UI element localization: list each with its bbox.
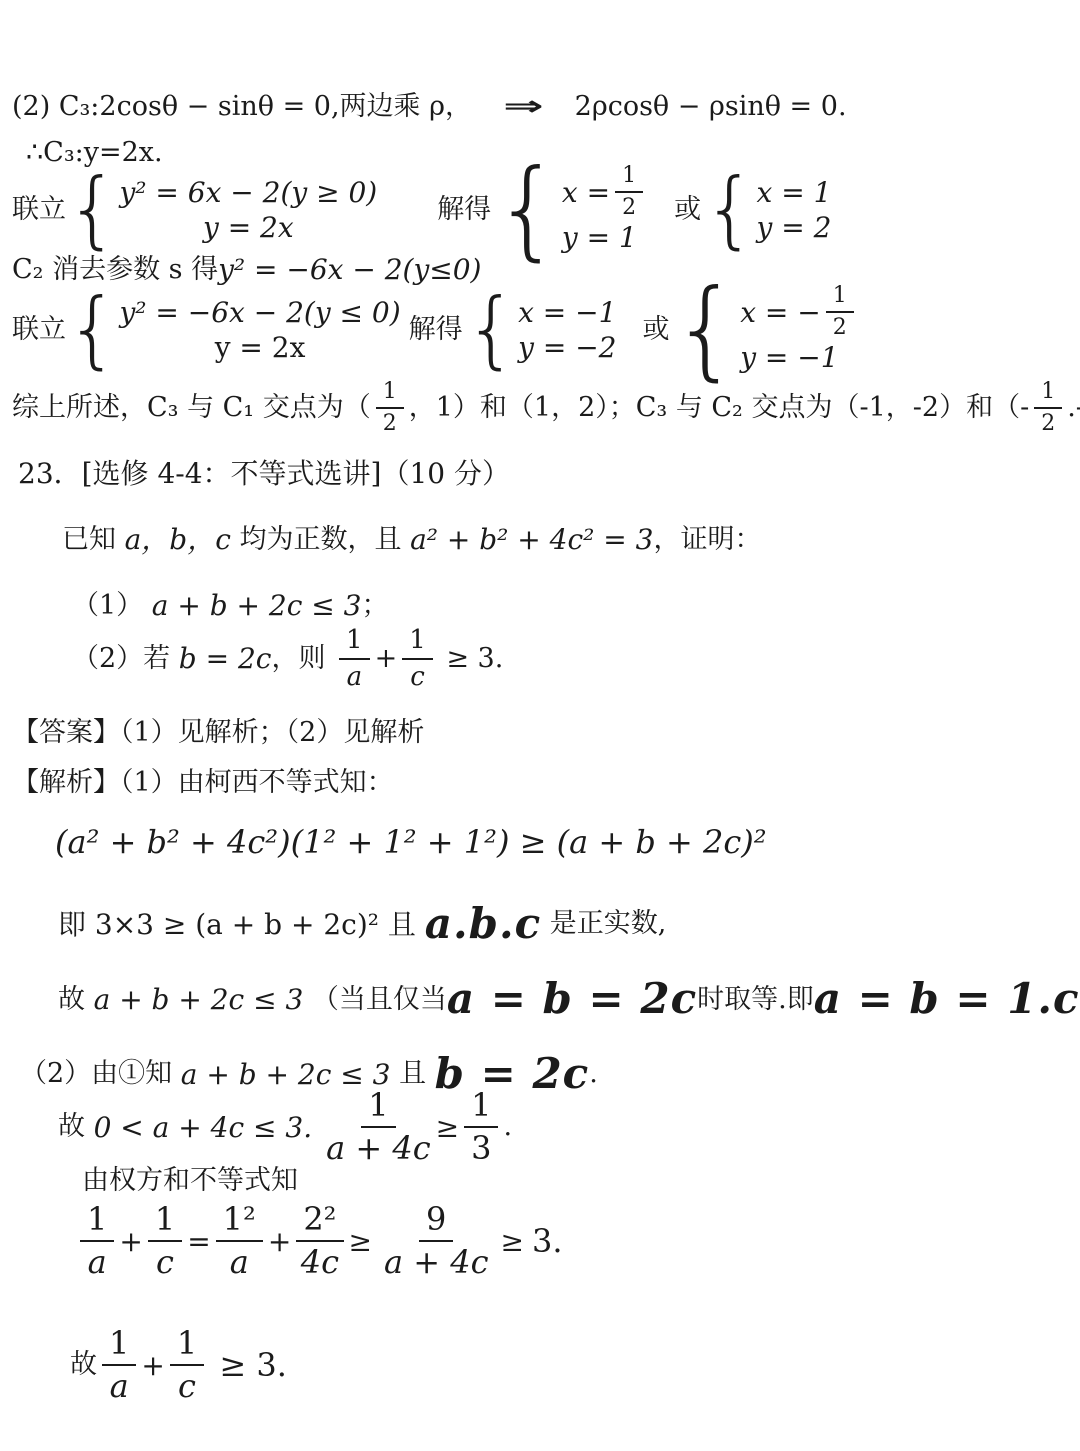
- item2-condition: b = 2c: [179, 641, 272, 676]
- item1-inequality: a + b + 2c ≤ 3: [152, 588, 362, 623]
- pm-fraction-1: 1 a: [80, 1202, 114, 1280]
- solution4-x: x = −: [740, 295, 821, 330]
- solution1-y: y = 1: [562, 220, 637, 255]
- problem-item-2: （2）若 b = 2c ，则 1 a + 1 c ≥ 3.: [72, 626, 503, 691]
- ji-text-2: 是正实数,: [541, 907, 666, 941]
- pm-three: 3.: [532, 1221, 563, 1261]
- item2-fraction-2: 1 c: [402, 626, 433, 691]
- or-label-2: 或: [642, 313, 669, 347]
- pm-fraction-3: 1² a: [216, 1202, 263, 1280]
- solution4-brace-icon: {: [671, 291, 740, 369]
- polar-conversion-line: (2) C₃:2cosθ − sinθ = 0,两边乘 ρ， ⇒ 2ρcosθ …: [12, 90, 847, 124]
- power-mean-line: 1 a + 1 c = 1² a + 2² 4c ≥ 9 a + 4c ≥ 3.: [75, 1202, 562, 1280]
- summary-text-1: 综上所述，C₃ 与 C₁ 交点为（: [12, 391, 371, 425]
- c2-equation: y² = −6x − 2(y≤0): [218, 252, 481, 287]
- system1-eq-bottom: y = 2x: [203, 210, 294, 245]
- p2l1-text-1: （2）由①知: [20, 1057, 181, 1091]
- p2l2-inequality: 0 < a + 4c ≤ 3.: [94, 1110, 313, 1145]
- given-text-3: ，证明：: [653, 523, 761, 557]
- p2l2-period: .: [503, 1110, 512, 1144]
- system1-brace-icon: {: [66, 179, 119, 239]
- pm-equals: =: [187, 1224, 210, 1259]
- system2-brace-icon: {: [66, 299, 119, 359]
- system1-eq-top: y² = 6x − 2(y ≥ 0): [119, 175, 377, 210]
- problem-23-title: 23．[选修 4-4：不等式选讲]（10 分）: [18, 456, 510, 491]
- pm-plus-1: +: [119, 1224, 142, 1259]
- pm-fraction-2: 1 c: [148, 1202, 182, 1280]
- item2-then: ，则: [271, 642, 334, 676]
- solution1-column: x = 1 2 y = 1: [562, 164, 648, 255]
- summary-line: 综上所述，C₃ 与 C₁ 交点为（ 1 2 ，1）和（1，2）；C₃ 与 C₂ …: [12, 380, 1080, 436]
- answer-line: 【答案】（1）见解析；（2）见解析: [12, 716, 424, 750]
- pm-fraction-4: 2² 4c: [296, 1202, 343, 1280]
- ji-text-1: 即 3×3 ≥ (a + b + 2c)² 且: [58, 907, 425, 942]
- solution3-column: x = −1 y = −2: [518, 295, 616, 365]
- fraction-one-half: 1 2: [615, 164, 643, 220]
- abc-big-text: a.b.c: [425, 898, 541, 951]
- document-page: (2) C₃:2cosθ − sinθ = 0,两边乘 ρ， ⇒ 2ρcosθ …: [0, 0, 1080, 1451]
- gu-inequality: a + b + 2c ≤ 3: [94, 982, 304, 1017]
- item2-plus: +: [375, 642, 398, 676]
- system2-eq-top: y² = −6x − 2(y ≤ 0): [119, 295, 400, 330]
- solution1-x: x =: [562, 175, 610, 210]
- given-text-2: 均为正数，且: [231, 523, 410, 557]
- p2l2-fraction-2: 1 3: [464, 1088, 498, 1166]
- summary-text-2: ，1）和（1，2）；C₃ 与 C₂ 交点为（-1，-2）和（-: [409, 391, 1029, 425]
- summary-fraction-2: 1 2: [1034, 380, 1062, 436]
- pm-plus-2: +: [268, 1224, 291, 1259]
- solution4-y: y = −1: [740, 340, 838, 375]
- summary-text-3: .-1）。: [1067, 391, 1080, 425]
- system1-block: 联立 { y² = 6x − 2(y ≥ 0) y = 2x 解得 { x = …: [12, 164, 831, 255]
- summary-fraction-1: 1 2: [376, 380, 404, 436]
- solution3-brace-icon: {: [465, 299, 518, 359]
- answer-text: 【答案】（1）见解析；（2）见解析: [12, 716, 424, 750]
- lianli-label-2: 联立: [12, 313, 66, 347]
- analysis-text: 【解析】（1）由柯西不等式知：: [12, 766, 394, 800]
- solution2-column: x = 1 y = 2: [757, 175, 832, 245]
- item2-fraction-1: 1 a: [339, 626, 370, 691]
- solution3-x: x = −1: [518, 295, 616, 330]
- part2-line-2: 故 0 < a + 4c ≤ 3. 1 a + 4c ≥ 1 3 .: [58, 1088, 512, 1166]
- final-fraction-2: 1 c: [170, 1326, 204, 1404]
- system1-equations: y² = 6x − 2(y ≥ 0) y = 2x: [119, 175, 377, 245]
- system2-block: 联立 { y² = −6x − 2(y ≤ 0) y = 2x 解得 { x =…: [12, 284, 859, 375]
- part2-method-line: 由权方和不等式知: [82, 1164, 298, 1198]
- p2l1-period: .: [589, 1057, 598, 1091]
- solution4-column: x = − 1 2 y = −1: [740, 284, 859, 375]
- lianli-label: 联立: [12, 193, 66, 227]
- p2l1-inequality: a + b + 2c ≤ 3: [181, 1057, 391, 1092]
- p2l2-fraction-1: 1 a + 4c: [326, 1088, 431, 1166]
- item2-number: （2）若: [72, 642, 179, 676]
- equality-values-big: a = b = 1.c =: [814, 973, 1080, 1026]
- item2-tail: ≥ 3.: [438, 642, 504, 676]
- given-condition: a² + b² + 4c² = 3: [410, 522, 653, 557]
- final-plus: +: [141, 1348, 164, 1383]
- problem-given-line: 已知 a，b，c 均为正数，且 a² + b² + 4c² = 3 ，证明：: [62, 522, 761, 557]
- c3-polar-equation: (2) C₃:2cosθ − sinθ = 0,两边乘 ρ，: [12, 90, 472, 124]
- p2l1-text-2: 且: [390, 1057, 434, 1091]
- solution3-y: y = −2: [518, 330, 616, 365]
- final-conclusion-line: 故 1 a + 1 c ≥ 3.: [70, 1326, 287, 1404]
- solution1-brace-icon: {: [493, 171, 562, 249]
- analysis-line: 【解析】（1）由柯西不等式知：: [12, 766, 394, 800]
- solution2-y: y = 2: [757, 210, 832, 245]
- c3-multiplied-equation: 2ρcosθ − ρsinθ = 0.: [575, 90, 847, 124]
- problem-item-1: （1） a + b + 2c ≤ 3 ；: [72, 588, 388, 623]
- conclusion-line-1: 故 a + b + 2c ≤ 3 （当且仅当 a = b = 2c 时取等.即 …: [58, 958, 1080, 1041]
- cauchy-inequality-line: (a² + b² + 4c²)(1² + 1² + 1²) ≥ (a + b +…: [55, 822, 767, 862]
- gu-paren-open: （当且仅当: [303, 983, 447, 1017]
- p2l2-text: 故: [58, 1110, 94, 1144]
- pm-fraction-5: 9 a + 4c: [384, 1202, 489, 1280]
- final-tail: ≥ 3.: [209, 1345, 287, 1385]
- given-text-1: 已知: [62, 523, 125, 557]
- jiede-label-2: 解得: [409, 313, 463, 347]
- system2-eq-bottom: y = 2x: [215, 330, 306, 365]
- jiede-label: 解得: [437, 193, 491, 227]
- solution2-x: x = 1: [757, 175, 832, 210]
- final-gu-text: 故: [70, 1348, 97, 1382]
- problem-23-header: 23．[选修 4-4：不等式选讲]（10 分）: [18, 456, 510, 491]
- gu-text-2: 时取等.即: [697, 983, 814, 1017]
- final-fraction-1: 1 a: [102, 1326, 136, 1404]
- pm-geq-1: ≥: [349, 1224, 372, 1259]
- item1-number: （1）: [72, 589, 152, 623]
- pm-geq-2: ≥: [500, 1224, 523, 1259]
- p2l2-geq: ≥: [436, 1110, 459, 1145]
- power-mean-label: 由权方和不等式知: [82, 1164, 298, 1198]
- item1-punct: ；: [361, 589, 388, 623]
- equality-condition-big: a = b = 2c: [447, 973, 697, 1026]
- gu-text: 故: [58, 983, 94, 1017]
- solution2-brace-icon: {: [703, 179, 756, 239]
- implies-arrow-icon: ⇒: [503, 90, 544, 124]
- given-variables: a，b，c: [125, 522, 231, 557]
- fraction-one-half-neg: 1 2: [826, 284, 854, 340]
- deduction-line: 即 3×3 ≥ (a + b + 2c)² 且 a.b.c 是正实数,: [58, 898, 666, 951]
- or-label: 或: [674, 193, 701, 227]
- system2-equations: y² = −6x − 2(y ≤ 0) y = 2x: [119, 295, 400, 365]
- cauchy-formula: (a² + b² + 4c²)(1² + 1² + 1²) ≥ (a + b +…: [55, 822, 767, 862]
